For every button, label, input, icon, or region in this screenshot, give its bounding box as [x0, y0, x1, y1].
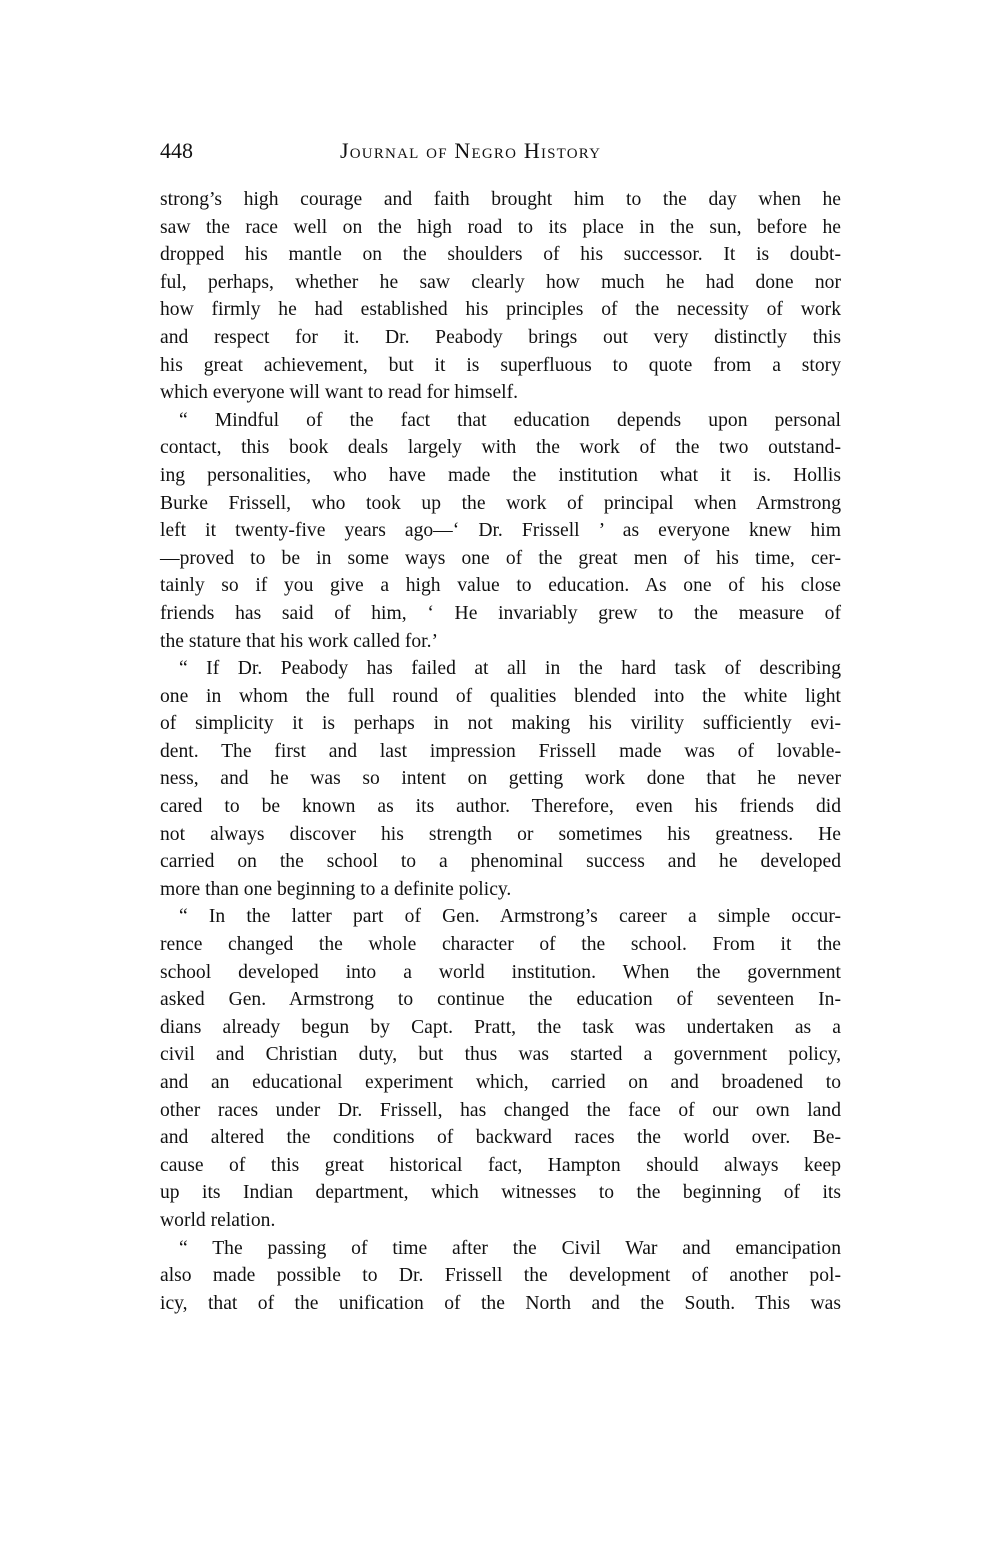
text-line: and an educational experiment which, car… [160, 1069, 841, 1097]
text-line: ful, perhaps, whether he saw clearly how… [160, 269, 841, 297]
text-line: “ If Dr. Peabody has failed at all in th… [160, 655, 841, 683]
text-line: cause of this great historical fact, Ham… [160, 1152, 841, 1180]
text-line: icy, that of the unification of the Nort… [160, 1290, 841, 1318]
text-line: —proved to be in some ways one of the gr… [160, 545, 841, 573]
text-line: also made possible to Dr. Frissell the d… [160, 1262, 841, 1290]
text-line: how firmly he had established his princi… [160, 296, 841, 324]
text-line: saw the race well on the high road to it… [160, 214, 841, 242]
text-line: ness, and he was so intent on getting wo… [160, 765, 841, 793]
text-line: “ Mindful of the fact that education dep… [160, 407, 841, 435]
text-line: civil and Christian duty, but thus was s… [160, 1041, 841, 1069]
text-line: “ The passing of time after the Civil Wa… [160, 1235, 841, 1263]
text-line: other races under Dr. Frissell, has chan… [160, 1097, 841, 1125]
body-text: strong’s high courage and faith brought … [160, 186, 841, 1317]
text-line: rence changed the whole character of the… [160, 931, 841, 959]
running-head: Journal of Negro History [340, 136, 601, 166]
text-line: more than one beginning to a definite po… [160, 876, 841, 904]
text-line: left it twenty-five years ago—‘ Dr. Fris… [160, 517, 841, 545]
text-line: carried on the school to a phenominal su… [160, 848, 841, 876]
paragraph-1: strong’s high courage and faith brought … [160, 186, 841, 407]
text-line: and respect for it. Dr. Peabody brings o… [160, 324, 841, 352]
text-line: cared to be known as its author. Therefo… [160, 793, 841, 821]
paragraph-4: “ In the latter part of Gen. Armstrong’s… [160, 903, 841, 1234]
text-line: school developed into a world institutio… [160, 959, 841, 987]
text-line: the stature that his work called for.’ [160, 628, 841, 656]
paragraph-5: “ The passing of time after the Civil Wa… [160, 1235, 841, 1318]
text-line: asked Gen. Armstrong to continue the edu… [160, 986, 841, 1014]
text-line: which everyone will want to read for him… [160, 379, 841, 407]
text-line: dropped his mantle on the shoulders of h… [160, 241, 841, 269]
page-header: 448 Journal of Negro History [160, 136, 840, 166]
text-line: up its Indian department, which witnesse… [160, 1179, 841, 1207]
text-line: dians already begun by Capt. Pratt, the … [160, 1014, 841, 1042]
text-line: contact, this book deals largely with th… [160, 434, 841, 462]
text-line: dent. The first and last impression Fris… [160, 738, 841, 766]
text-line: “ In the latter part of Gen. Armstrong’s… [160, 903, 841, 931]
text-line: strong’s high courage and faith brought … [160, 186, 841, 214]
text-line: one in whom the full round of qualities … [160, 683, 841, 711]
text-line: tainly so if you give a high value to ed… [160, 572, 841, 600]
paragraph-2: “ Mindful of the fact that education dep… [160, 407, 841, 655]
paragraph-3: “ If Dr. Peabody has failed at all in th… [160, 655, 841, 903]
text-line: world relation. [160, 1207, 841, 1235]
document-page: 448 Journal of Negro History strong’s hi… [0, 0, 1000, 1545]
text-line: Burke Frissell, who took up the work of … [160, 490, 841, 518]
page-number: 448 [160, 136, 193, 166]
text-line: and altered the conditions of backward r… [160, 1124, 841, 1152]
text-line: his great achievement, but it is superfl… [160, 352, 841, 380]
text-line: friends has said of him, ‘ He invariably… [160, 600, 841, 628]
text-line: not always discover his strength or some… [160, 821, 841, 849]
text-line: of simplicity it is perhaps in not makin… [160, 710, 841, 738]
text-line: ing personalities, who have made the ins… [160, 462, 841, 490]
